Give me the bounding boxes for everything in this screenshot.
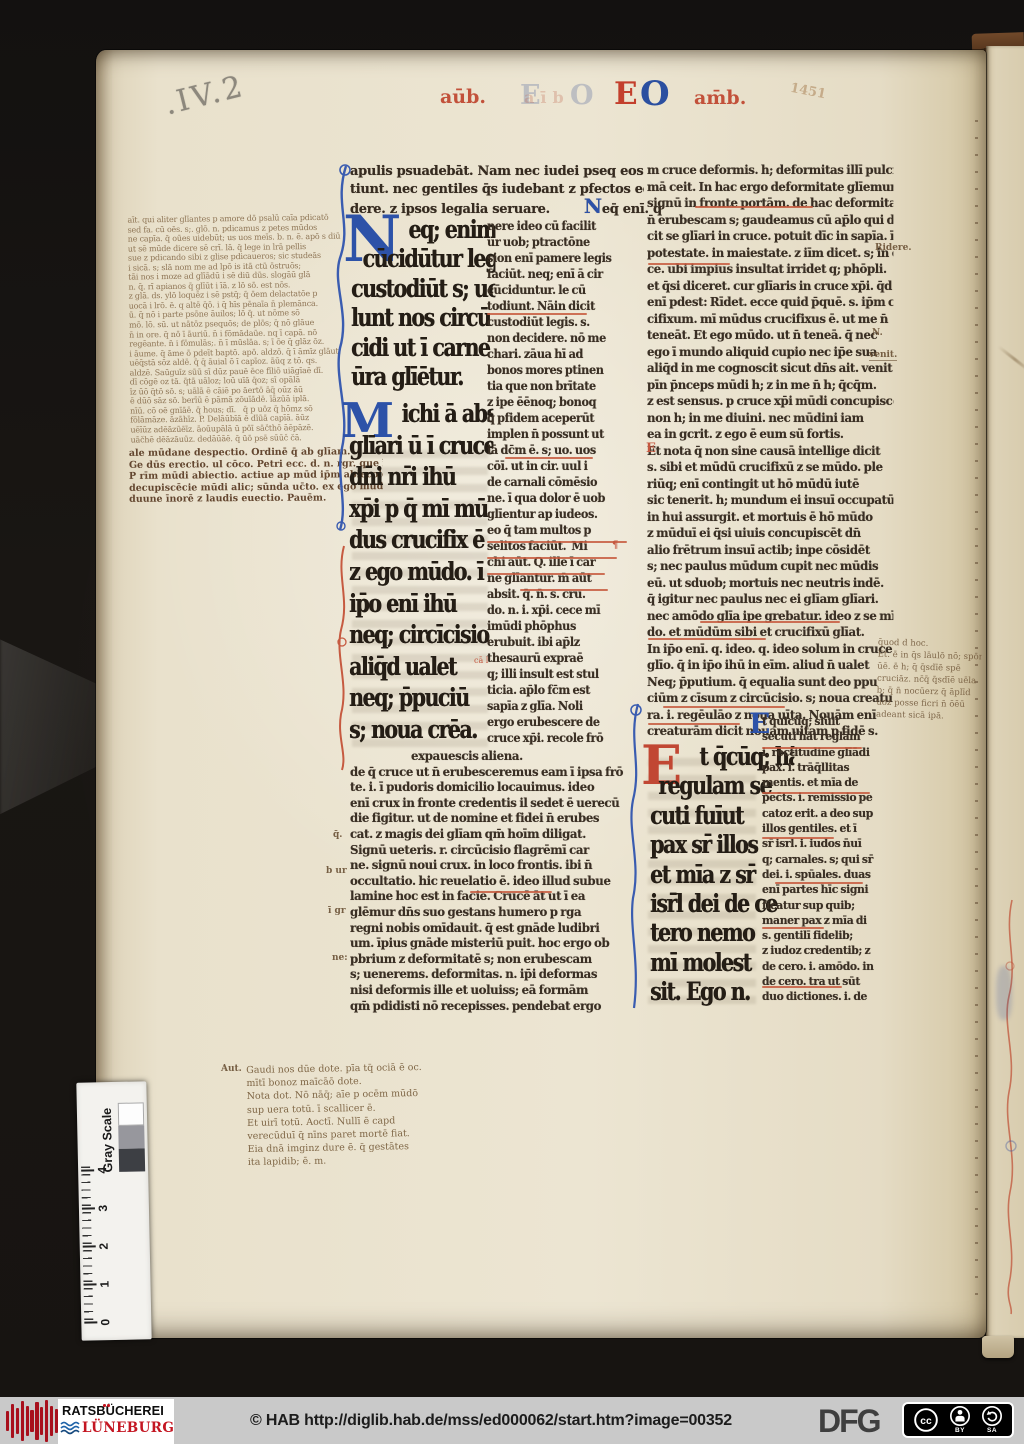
rubric-underline [470,891,552,893]
ruler-major-tick [83,1245,96,1247]
text-line: q̄ pfidem aceperūt [487,410,639,426]
text-line: z est sensus. p cruce xp̄i mūdi concupis… [647,393,893,410]
ruler-major-tick [84,1321,97,1323]
text-line: In ip̄o enī. q. ideo. q. ideo solum in c… [647,641,893,658]
text-line: faciūt. neq; enī ā cir [487,266,639,282]
text-line: ego ī mundo aliquid cupio nec ip̄e sua [647,344,893,361]
ghost-letters-red: aīb [524,88,570,107]
text-line: sr̄ isrl. i. iudos n̄uī [762,836,894,851]
text-line: ichi ā absit [349,398,493,430]
text-line: de q̄ cruce ut n̄ erubesceremus eam ī ip… [350,764,640,780]
ruler-number: 4 [96,1160,108,1180]
text-line: potestate. in maiestate. z iīm dicet. s;… [647,245,893,262]
text-line: implen n̄ possunt ut [487,426,639,442]
text-line: nisi deformis ille et uoluiss; eā formām [350,982,640,998]
rubric-underline [487,573,605,575]
ruler-major-tick [81,1169,94,1171]
text-line: erubuit. ibi ap̄lz [487,634,639,650]
text-line: Et nota q̄ non sine causā intellige dici… [647,443,893,460]
text-line: pax. i. trāq̄llitas [762,760,894,775]
text-line: glēmur dn̄s suo gestans humero p rga [350,904,640,920]
text-line: ne. signū noui crux. in loco frontis. ib… [350,857,640,873]
col1-lemma-block-2: ichi ā absitglīari ū ī crucedn̄i nr̄i ih… [349,398,493,746]
cc-sa-icon: SA [981,1405,1003,1435]
blue-initial-showthrough [996,966,1012,1020]
text-line: sic tenerit. h; mundum ei insuī occupatū [647,492,893,509]
text-line: cit se glīari in cruce. potuit dīc in sa… [647,228,893,245]
text-line: eū. ut sduob; mortuis nec neutris indē. [647,575,893,592]
faint-folio-number: 1451 [789,81,827,103]
gray-patch-mid [118,1125,144,1149]
rubric-underline [775,882,863,884]
text-line: catoz erit. a deo sup [762,806,894,821]
text-line: cifixum. mī mūdus crucifixus ē. ut me n̄ [647,311,893,328]
text-line: eq; enim qui [351,215,495,244]
text-line: thesaurū expraē [487,650,639,666]
rubric-underline [648,263,730,265]
col1-commentary: nere ideo cū facilitur uob; ptractōnesio… [487,218,639,746]
book-waves-icon [60,1420,80,1436]
text-line: aliq̄d ualet [349,651,493,683]
text-line: ne. ī qua dolor ē uob [487,490,639,506]
text-line: Signū ueteris. r. circūcisio flagrēmī ca… [350,842,640,858]
rubric-underline [762,792,870,794]
gray-patch-dark [119,1148,145,1172]
text-line: teneāt. Et ego mūdo. ut n̄ teneā. q̄ nec [647,327,893,344]
text-line: cidi ut ī carne [351,333,495,362]
text-line: non h; in me diuini. nec mūdini iam [647,410,893,427]
text-line: non decidere. nō me [487,330,639,346]
red-overlay-initial: E [646,441,656,456]
library-logo-bars [6,1398,58,1443]
margin-tick: b ur [326,866,347,876]
rubric-underline [487,313,587,315]
col1-lemma-block-1: eq; enim quicūcidūtur legēcustodiūt s; u… [351,215,495,391]
rubric-underline [762,837,834,839]
library-city: LÜNEBURG [82,1420,174,1436]
text-line: s. gentilī fidelib; [762,928,894,943]
cc-by-icon: BY [949,1405,971,1435]
rubric-underline [505,457,593,459]
rubric-underline [487,541,627,543]
text-line: occultatio. hic reuelatio ē. ideo illud … [350,873,640,889]
text-line: in hui assurgit. et mortuis ē hō mūdo [647,509,893,526]
running-title-letter-red: E [614,76,638,112]
scan-background: .IV.2 aūb. E O aīb E O am̄b. 1451 aīt. q… [0,0,1024,1444]
col2-commentary: m cruce deformis. h; deformitas illī pul… [647,162,893,740]
running-title-right: am̄b. [694,87,746,109]
text-line: tia que non brītate [487,378,639,394]
text-line: chari. zāua hī ad [487,346,639,362]
footer-bar: RATSBÜCHEREI LÜNEBURG © HAB http://digli… [0,1397,1024,1444]
margin-tick: ī gr [328,906,346,916]
text-line: cōī. ut in cir. uul i [487,458,639,474]
text-line: ita lapidib; ē. m. [248,1152,478,1169]
text-line: neq; circīcisio [349,619,493,651]
text-line: qm̄ pdidisti nō recepisses. pendebat erg… [350,998,640,1014]
text-line: cūciduntur. le cū [487,282,639,298]
bottom-note-label: Aut. [221,1064,242,1074]
text-line: custodiūt legis. s. [487,314,639,330]
text-line: mā ceit. In hac ergo deformitate glīemur… [647,179,893,196]
margin-tick: ne: [332,953,348,963]
small-blue-initial: N [550,194,602,218]
text-line: illos gentiles. et ī [762,821,894,836]
text-line: z iudoz credentib; z [762,943,894,958]
ruler-title: Gray Scale [99,1080,116,1200]
pencil-shelfmark: .IV.2 [161,69,248,123]
text-line: riūq; enī contingit ut hō mūdū iutē [647,476,893,493]
text-line: et q̄si diceret. cur glīaris in cruce xp… [647,278,893,295]
next-page-edge [986,46,1024,1338]
rubric-underline [648,638,766,640]
text-line: iā dc̄m ē. s; uo. uos [487,442,639,458]
manuscript-page: .IV.2 aūb. E O aīb E O am̄b. 1451 aīt. q… [96,50,986,1338]
text-line: dn̄i nr̄i ihū [349,461,493,493]
bottom-note-block: Gaudi nos dūe dote. pīa tq̄ ociā ē oc.mī… [246,1060,478,1170]
text-line: s; noua crēa. [349,714,493,746]
cc-by-label: BY [955,1428,965,1435]
ruler-number: 2 [98,1236,110,1256]
umlaut-red-dots [103,1404,106,1407]
text-line: glīari ū ī cruce [349,430,493,462]
text-line: ea in gcrit. z ego ē eum sū fortis. [647,426,893,443]
text-line: sapīa z glīa. Noli [487,698,639,714]
text-line: pbrium z deformitatē s; non erubescam [350,951,640,967]
text-line: enī pdest: Rīdet. ecce quid p̄quē. s. ip… [647,294,893,311]
running-title-left: aūb. [440,86,486,108]
text-line: secuti hāt reglām [762,729,894,744]
rubric-underline [520,589,608,591]
red-margin-note: cā l [474,656,488,665]
rubric-underline [648,723,740,725]
running-title-letter-blue: O [640,74,670,114]
cc-license-badge: cc BY SA [902,1402,1014,1438]
text-line: custodiūt s; uo [351,274,495,303]
text-line: cat. z magis dei glīam qm̄ hoīm diligat. [350,826,640,842]
ruler-major-tick [82,1207,95,1209]
col2-side-commentary: t quicūq; siūitsecuti hāt reglāmi. recti… [762,714,894,1005]
ruler-number: 1 [98,1274,110,1294]
rubric-underline [663,706,785,708]
margin-tick: q̄. [333,830,342,840]
ruler-major-tick [84,1283,97,1285]
text-line: ficatur sup quib; [762,898,894,913]
gray-patch-white [118,1102,144,1126]
text-line: m cruce deformis. h; deformitas illī pul… [647,162,893,179]
text-line: ur uob; ptractōne [487,234,639,250]
text-line: te. i. ī pudoris domicilio locauimus. id… [350,779,640,795]
page-corner-tab [982,1336,1014,1358]
text-line: regni nobis omīdauit. q̄ est gnāde ludib… [350,920,640,936]
text-line: de carnali cōmēsio [487,474,639,490]
text-line: ciūm z cīsum z circūcisio. s; noua creat… [647,690,893,707]
text-line: q; carnales. s; qui sr̄ [762,852,894,867]
text-line: enī partes hīc signi [762,882,894,897]
text-line: glīentur ap iudeos. [487,506,639,522]
text-line: z ipe ēēnoq; bonoq [487,394,639,410]
text-line: t quicūq; siūit [762,714,894,729]
text-line: s; nec paulus mūdum cupit nec mūdis [647,558,893,575]
text-line: nere ideo cū facilit [487,218,639,234]
text-line: die figitur. ut de nomine et fidei n̄ er… [350,810,640,826]
margin-annotation: Ridere. [875,243,912,253]
margin-annotation-block: q̄uod d hoc.Et. ē in q̄s lāulō nō; spōmā… [876,637,982,724]
text-line: ip̄o enī ihū [349,588,493,620]
text-line: do. n. i. xp̄i. cece mī [487,602,639,618]
paraph-mark: ¶ [612,540,618,551]
text-line: xp̄i p q̄ mī mū [349,493,493,525]
rubric-underline [762,927,824,929]
text-line: q; illi insult est stul [487,666,639,682]
col1-intro-lines: apulis psuadebāt. Nam nec iudei pseq eos… [350,163,644,198]
text-line: q̄ igitur nec paulus nec ei glīam glīari… [647,591,893,608]
text-line: ūra glīētur. [351,362,495,391]
margin-annotation: venit. [869,350,897,361]
text-line: alio frētrum insuī actib; inpe cōsidēt [647,542,893,559]
text-line: dei. i. spūales. duas [762,867,894,882]
text-line: neq; p̄puciū [349,682,493,714]
rubric-underline [700,621,840,623]
svg-text:cc: cc [920,1416,932,1427]
text-line: expauescis aliena. [350,748,640,764]
text-line: ticia. ap̄lo fc̄m est [487,682,639,698]
text-line: n̄ erubescam s; gaudeamus cū ap̄lo qui d… [647,212,893,229]
text-line: maner pax z mīa di [762,913,894,928]
text-line: bonos mores ptinen [487,362,639,378]
text-line: cūcidūtur legē [351,244,495,273]
col1-fullwidth-text: expauescis aliena.de q̄ cruce ut n̄ erub… [350,748,640,1013]
text-line: z mūduī ei q̄si uiuis concupiscēt dn̄ [647,525,893,542]
cc-sa-label: SA [987,1428,997,1435]
rubric-underline [762,747,862,749]
text-line: s; uenerems. deformitas. n. ip̄i deforma… [350,966,640,982]
margin-annotation: N. [872,328,883,338]
copyright-credit: © HAB http://diglib.hab.de/mss/ed000062/… [250,1397,732,1444]
pricking-holes [975,120,978,1310]
text-line: signū in fronte portām. de hac deformita… [647,195,893,212]
text-line: todiunt. Nāin dicit [487,298,639,314]
text-line: sion enī pamere legis [487,250,639,266]
penwork-flourish-showthrough [1000,896,1022,1316]
ruler-number: 3 [97,1198,109,1218]
dfg-logo: DFG [818,1397,880,1444]
text-line: pīn p̄nceps mūdi h; z in me n̄ h; q̄cq̄m… [647,377,893,394]
text-line: ergo erubescere de [487,714,639,730]
text-line: enī crux in fronte credentis il sedet ē … [350,795,640,811]
library-logo-box: RATSBÜCHEREI LÜNEBURG [58,1399,174,1444]
text-line: glīo. q̄ in ip̄o ihū in eīm. aliud n̄ ua… [647,657,893,674]
text-line: de cero. i. amōdo. in [762,959,894,974]
text-line: aliq̄d in me cognoscit sicut dn̄s ait. v… [647,360,893,377]
text-line: mentis. et mīa de [762,775,894,790]
margin-gloss-block: aīt. qui aliter glīantes p amore dō psal… [127,212,354,444]
ruler-number: 0 [99,1312,111,1332]
rubric-underline [695,206,813,208]
text-line: duo dictiones. i. de [762,989,894,1004]
rubric-underline [487,557,617,559]
text-line: dus crucifix ē [349,524,493,556]
text-line: z ego mūdo. ī [349,556,493,588]
gray-scale-ruler: Gray Scale 4 3 2 1 0 [76,1081,151,1340]
library-name: RATSBÜCHEREI [62,1403,164,1418]
text-line: cruce xp̄i. recole frō [487,730,639,746]
text-line: um. īpius gnāde misteriū puit. hoc ergo … [350,935,640,951]
text-line: lunt nos circū [351,303,495,332]
text-line: Neq; p̄putium. q̄ equalia sunt deo ppu [647,674,893,691]
text-line: eo q̄ tam multos p [487,522,639,538]
text-line: imūdi phōphus [487,618,639,634]
rubric-underline [762,986,842,988]
text-line: s. sibi et mūdū crucifixū z se mūdo. ple [647,459,893,476]
cc-icon: cc [913,1407,939,1433]
text-line: apulis psuadebāt. Nam nec iudei pseq eos… [350,163,644,181]
